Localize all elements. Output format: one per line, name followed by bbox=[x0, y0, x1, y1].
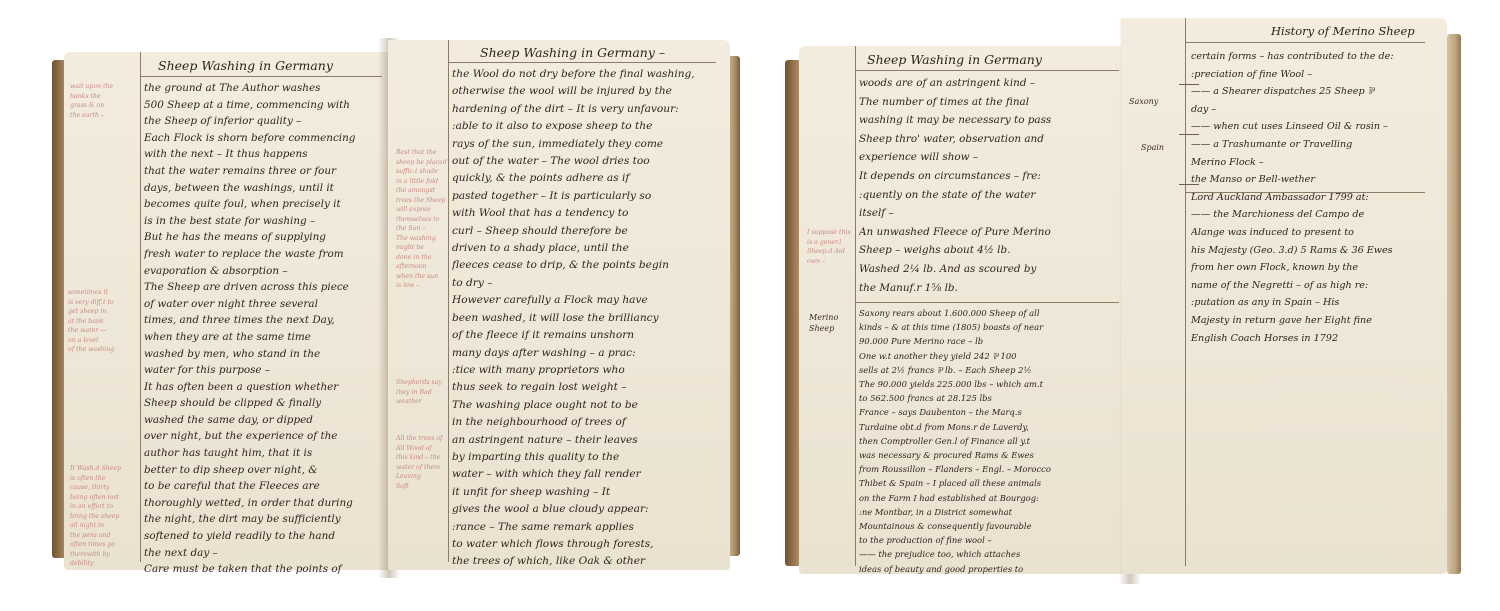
header-rule bbox=[855, 70, 1119, 71]
section-divider bbox=[855, 302, 1119, 303]
margin-note-red: All the trees of All Wood of this kind –… bbox=[396, 434, 442, 491]
header-rule bbox=[1185, 42, 1425, 43]
running-head: Sheep Washing in Germany – bbox=[480, 45, 665, 60]
handwritten-body: certain forms – has contributed to the d… bbox=[1191, 48, 1431, 347]
handwritten-body: the ground at The Author washes 500 Shee… bbox=[144, 80, 388, 578]
manuscript-page-right: History of Merino Sheep Saxony Spain cer… bbox=[1121, 18, 1447, 574]
running-head: Sheep Washing in Germany bbox=[158, 58, 333, 73]
handwritten-body: the Wool do not dry before the final was… bbox=[452, 66, 722, 571]
margin-rule bbox=[140, 52, 141, 562]
margin-note-red: It Wash.d Sheep is often the cause, thir… bbox=[70, 464, 121, 569]
margin-rule bbox=[1185, 18, 1186, 566]
manuscript-page-right: Sheep Washing in Germany – Best that the… bbox=[388, 40, 730, 570]
margin-note-red: sometimes it is very diff.t to get sheep… bbox=[68, 288, 114, 355]
handwritten-body: woods are of an astringent kind – The nu… bbox=[859, 74, 1125, 297]
manuscript-page-left: Sheep Washing in Germany I suppose this … bbox=[799, 46, 1131, 574]
margin-note-red: Best that the sheep be placed suffic.t s… bbox=[396, 148, 447, 291]
handwritten-body-section: Saxony rears about 1.600.000 Sheep of al… bbox=[859, 306, 1127, 576]
right-open-manuscript: Sheep Washing in Germany I suppose this … bbox=[785, 18, 1461, 584]
margin-rule bbox=[855, 46, 856, 566]
margin-note-ink: Merino Sheep bbox=[809, 312, 838, 334]
running-head: Sheep Washing in Germany bbox=[867, 52, 1042, 67]
margin-note-ink: Spain bbox=[1141, 142, 1164, 153]
left-open-manuscript: Sheep Washing in Germany wait upon the b… bbox=[52, 38, 740, 578]
margin-note-ink: Saxony bbox=[1129, 96, 1158, 107]
header-rule bbox=[140, 76, 382, 77]
margin-rule bbox=[448, 40, 449, 562]
manuscript-page-left: Sheep Washing in Germany wait upon the b… bbox=[64, 52, 392, 570]
header-rule bbox=[448, 62, 716, 63]
running-head: History of Merino Sheep bbox=[1271, 24, 1415, 38]
margin-note-red: wait upon the banks the grass & on the e… bbox=[70, 82, 113, 120]
margin-note-red: Shepherds say they in Bad weather bbox=[396, 378, 442, 407]
page-block-edge bbox=[1447, 34, 1461, 574]
margin-note-red: I suppose this is a gener.l Sheep.d Aid … bbox=[807, 228, 851, 266]
